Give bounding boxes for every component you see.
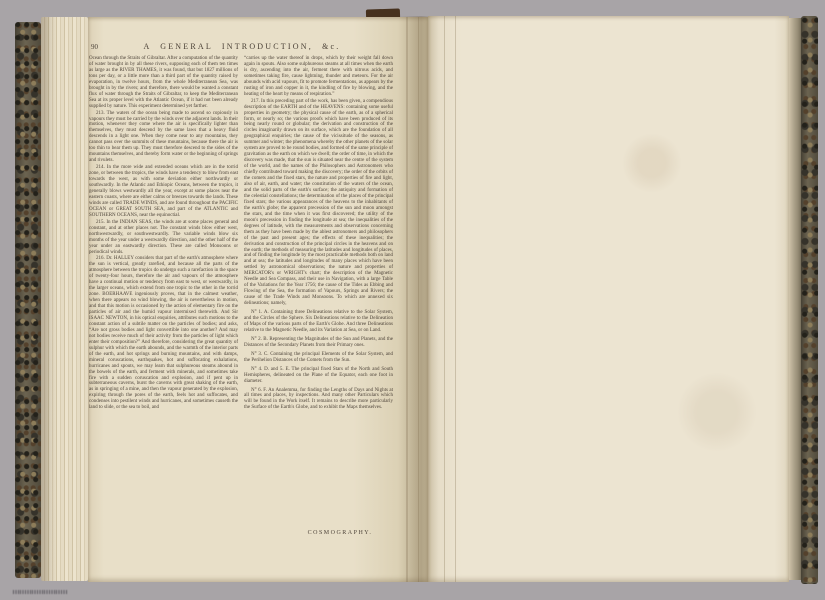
paragraph: 217. In this preceding part of the work,…: [244, 99, 393, 307]
paragraph: “carries up the water thereof in drops, …: [244, 56, 393, 98]
list-item-delineation: N° 4. D. and 5. E. The principal fixed S…: [244, 367, 393, 385]
marbled-fore-edge-right: [801, 16, 818, 584]
paragraph: 213. The waters of the ocean being made …: [89, 111, 238, 165]
page-crease: [406, 17, 408, 582]
page-edge-stack-left: [41, 17, 88, 581]
marbled-fore-edge-left: [15, 22, 41, 578]
text-columns: Ocean through the Straits of Gibraltar. …: [89, 56, 393, 411]
left-page: 90 A GENERAL INTRODUCTION, &c. Ocean thr…: [88, 17, 428, 582]
page-crease: [455, 16, 456, 582]
page-crease: [444, 16, 445, 582]
text-column-left: Ocean through the Straits of Gibraltar. …: [89, 56, 238, 411]
catchword: COSMOGRAPHY.: [275, 530, 405, 536]
list-item-delineation: N° 6. F. An Analemma, for finding the Le…: [244, 388, 393, 412]
paragraph: Ocean through the Straits of Gibraltar. …: [89, 56, 238, 110]
paragraph: 214. In the more wide and extended ocean…: [89, 165, 238, 219]
list-item-delineation: N° 1. A. Containing three Delineations r…: [244, 310, 393, 334]
page-crease: [418, 17, 419, 582]
list-item-delineation: N° 2. B. Representing the Magnitudes of …: [244, 337, 393, 349]
paragraph: 215. In the INDIAN SEAS, the winds are a…: [89, 220, 238, 256]
scan-credit-text: [13, 590, 67, 594]
scanned-book-spread: 90 A GENERAL INTRODUCTION, &c. Ocean thr…: [0, 0, 825, 600]
page-title: A GENERAL INTRODUCTION, &c.: [88, 42, 396, 51]
text-column-right: “carries up the water thereof in drops, …: [244, 56, 393, 411]
right-blank-page: [428, 16, 789, 582]
paragraph: 216. Dr. HALLEY considers that part of t…: [89, 256, 238, 411]
list-item-delineation: N° 3. C. Containing the principal Elemen…: [244, 352, 393, 364]
